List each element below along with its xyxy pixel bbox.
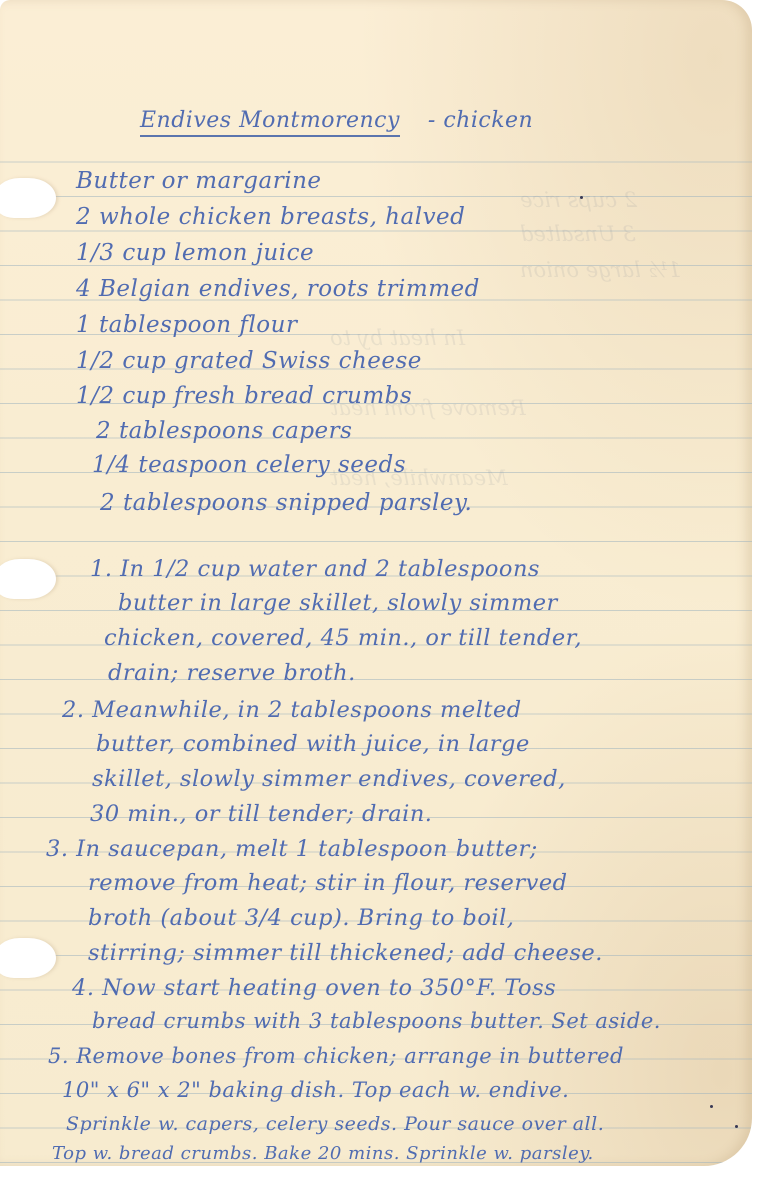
- step-3-line: remove from heat; stir in flour, reserve…: [88, 870, 568, 896]
- step-3-line: 3. In saucepan, melt 1 tablespoon butter…: [46, 836, 538, 862]
- step-3-line: stirring; simmer till thickened; add che…: [88, 940, 603, 966]
- step-4-line: bread crumbs with 3 tablespoons butter. …: [92, 1009, 661, 1033]
- step-2-line: butter, combined with juice, in large: [96, 731, 530, 757]
- ingredient-item: 1 tablespoon flour: [76, 312, 297, 338]
- showthrough-text: In heat by to: [330, 326, 465, 350]
- step-3-line: broth (about 3/4 cup). Bring to boil,: [88, 905, 514, 931]
- binder-hole-top: [0, 178, 56, 218]
- step-5-line: Top w. bread crumbs. Bake 20 mins. Sprin…: [52, 1143, 594, 1164]
- step-5-line: Sprinkle w. capers, celery seeds. Pour s…: [66, 1113, 604, 1135]
- step-5-line: 5. Remove bones from chicken; arrange in…: [48, 1044, 624, 1068]
- recipe-title: Endives Montmorency- chicken: [140, 108, 533, 133]
- ingredient-item: 2 tablespoons snipped parsley.: [100, 490, 472, 516]
- step-2-line: skillet, slowly simmer endives, covered,: [92, 766, 566, 792]
- step-1-line: butter in large skillet, slowly simmer: [118, 590, 558, 616]
- step-1-line: chicken, covered, 45 min., or till tende…: [104, 625, 582, 651]
- ingredient-item: Butter or margarine: [76, 168, 322, 194]
- binder-hole-middle: [0, 559, 56, 599]
- recipe-title-suffix: - chicken: [428, 108, 533, 133]
- showthrough-text: 1½ large onion: [520, 258, 681, 282]
- showthrough-text: 3 Unsalted: [520, 222, 636, 246]
- step-1-line: 1. In 1/2 cup water and 2 tablespoons: [90, 556, 540, 582]
- recipe-card: 2 cups rice 3 Unsalted 1½ large onion In…: [0, 0, 752, 1166]
- ingredient-item: 1/2 cup grated Swiss cheese: [76, 348, 422, 374]
- ingredient-item: 1/4 teaspoon celery seeds: [92, 452, 406, 478]
- step-5-line: 10" x 6" x 2" baking dish. Top each w. e…: [62, 1078, 569, 1102]
- recipe-title-main: Endives Montmorency: [140, 108, 400, 137]
- step-2-line: 30 min., or till tender; drain.: [90, 801, 432, 827]
- step-4-line: 4. Now start heating oven to 350°F. Toss: [72, 975, 556, 1001]
- ink-speck: [580, 196, 583, 199]
- binder-hole-bottom: [0, 938, 56, 978]
- step-1-line: drain; reserve broth.: [108, 660, 356, 686]
- ink-speck: [735, 1125, 738, 1128]
- ingredient-item: 2 whole chicken breasts, halved: [76, 204, 465, 230]
- ingredient-item: 2 tablespoons capers: [96, 418, 352, 444]
- ingredient-item: 1/2 cup fresh bread crumbs: [76, 383, 412, 409]
- showthrough-text: 2 cups rice: [520, 188, 637, 212]
- ink-speck: [710, 1105, 713, 1108]
- step-2-line: 2. Meanwhile, in 2 tablespoons melted: [62, 697, 522, 723]
- ingredient-item: 1/3 cup lemon juice: [76, 240, 314, 266]
- ingredient-item: 4 Belgian endives, roots trimmed: [76, 276, 480, 302]
